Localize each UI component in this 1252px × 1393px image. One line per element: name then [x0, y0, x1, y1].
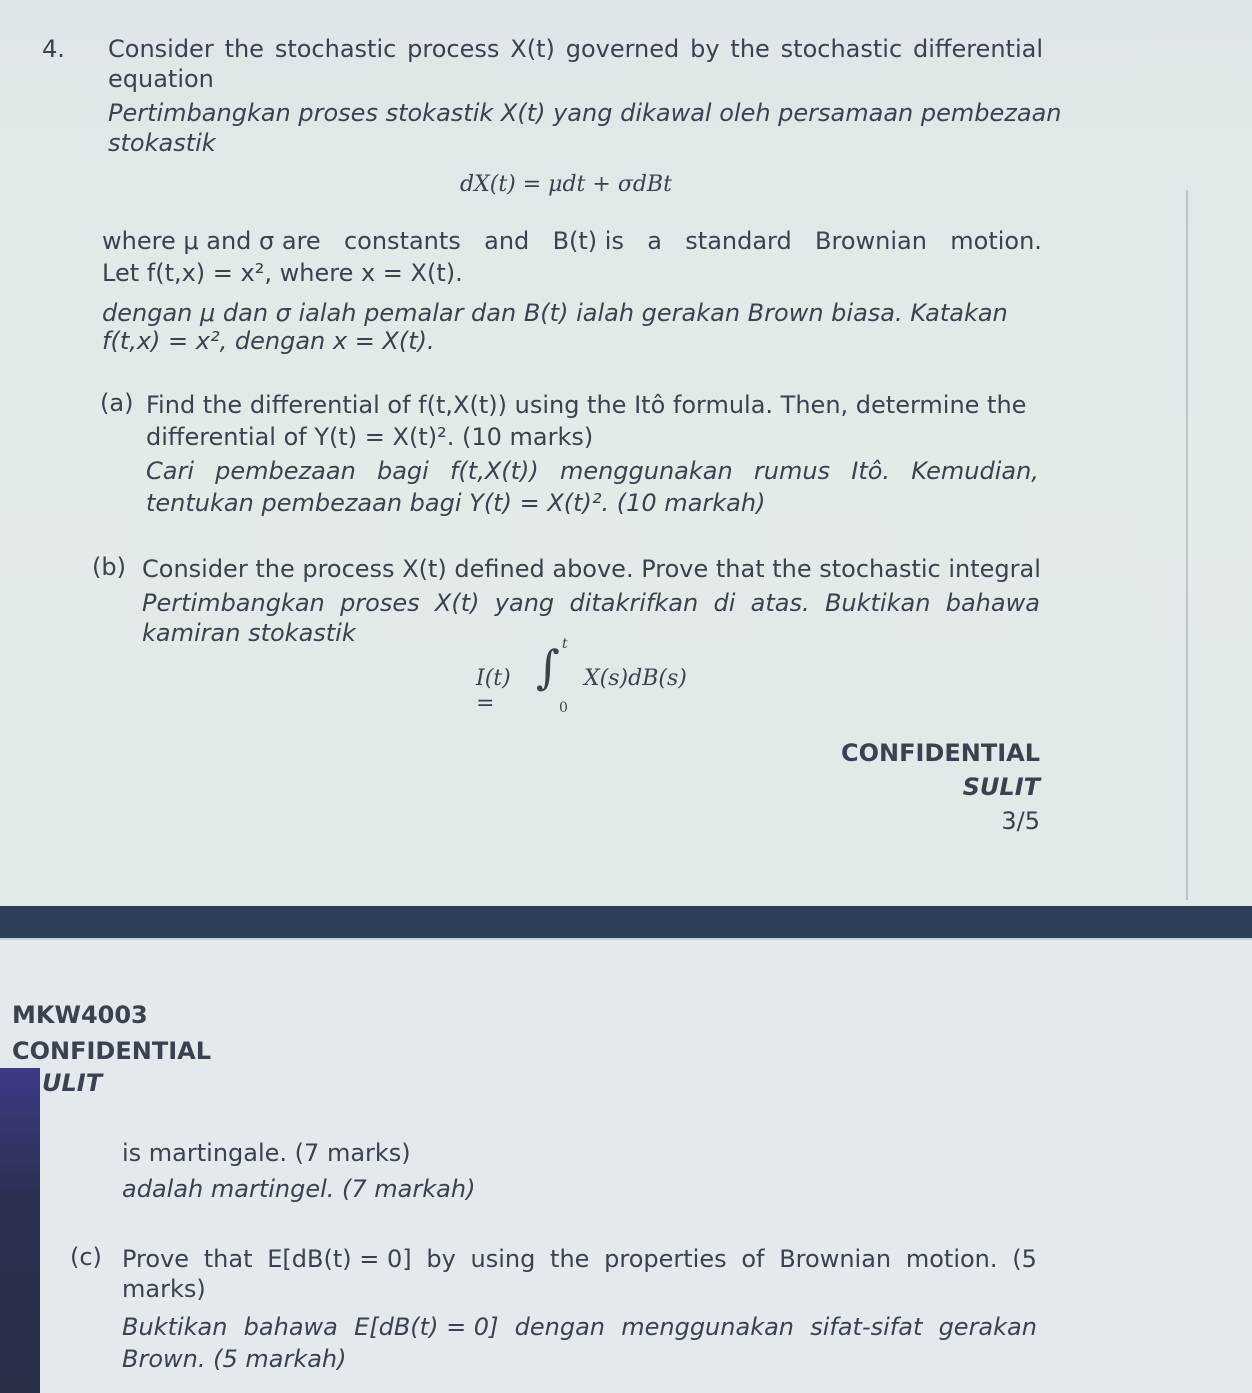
intro-en-line1: ConsiderthestochasticprocessX(t)governed… [108, 34, 1043, 64]
word: menggunakan [621, 1312, 794, 1342]
part-a-ms-line1: Caripembezaanbagif(t,X(t))menggunakanrum… [146, 456, 1039, 486]
word: bahawa [946, 588, 1040, 618]
page-divider-bar [0, 906, 1252, 940]
part-c-en-line1: ProvethatE[dB(t) = 0]byusingthepropertie… [122, 1244, 1037, 1274]
word: proses [340, 588, 420, 618]
word: a [647, 226, 662, 256]
word: stochastic [275, 34, 397, 64]
word: by [690, 34, 719, 64]
word: Prove [122, 1244, 189, 1274]
word: bagi [377, 456, 429, 486]
word: Buktikan [825, 588, 930, 618]
part-a-ms-line2: tentukan pembezaan bagi Y(t) = X(t)². (1… [146, 488, 765, 518]
integral-sign: ∫ [536, 640, 560, 694]
part-b-cont-en: is martingale. (7 marks) [122, 1138, 411, 1168]
word: standard [685, 226, 791, 256]
word: E[dB(t) = 0] [267, 1244, 411, 1274]
word: dengan [515, 1312, 605, 1342]
word: yang [495, 588, 554, 618]
header-sulit: ULIT [42, 1068, 102, 1098]
footer-confidential: CONFIDENTIAL [841, 738, 1040, 768]
window-left-edge [0, 1068, 40, 1393]
word: and [484, 226, 529, 256]
word: the [550, 1244, 589, 1274]
word: stochastic [781, 34, 903, 64]
word: motion. [950, 226, 1042, 256]
integral-lhs: I(t) = [476, 666, 511, 716]
part-b-ms-line1: PertimbangkanprosesX(t)yangditakrifkandi… [142, 588, 1040, 618]
integral-body: X(s)dB(s) [584, 666, 687, 691]
intro-ms-line2: stokastik [108, 128, 216, 158]
footer-sulit: SULIT [963, 772, 1040, 802]
word: the [225, 34, 264, 64]
word: of [741, 1244, 764, 1274]
sde-equation: dX(t) = μdt + σdBt [460, 170, 672, 200]
where-ms-line1: dengan μ dan σ ialah pemalar dan B(t) ia… [102, 298, 1008, 328]
course-code: MKW4003 [12, 1000, 148, 1030]
question-number: 4. [42, 34, 65, 64]
part-b-label: (b) [92, 552, 126, 582]
word: Buktikan [122, 1312, 227, 1342]
word: process [407, 34, 499, 64]
word: by [426, 1244, 455, 1274]
word: governed [566, 34, 680, 64]
word: ditakrifkan [569, 588, 698, 618]
footer-page-number: 3/5 [1001, 806, 1040, 836]
word: f(t,X(t)) [450, 456, 539, 486]
word: sifat-sifat [810, 1312, 922, 1342]
word: Brownian [815, 226, 927, 256]
intro-ms-line1: Pertimbangkan proses stokastik X(t) yang… [108, 98, 1062, 128]
part-c-ms-line1: BuktikanbahawaE[dB(t) = 0]denganmengguna… [122, 1312, 1037, 1342]
word: motion. [906, 1244, 998, 1274]
page-edge-line [1186, 190, 1188, 900]
word: Cari [146, 456, 194, 486]
word: di [713, 588, 735, 618]
word: Pertimbangkan [142, 588, 325, 618]
word: constants [344, 226, 461, 256]
word: Itô. [851, 456, 890, 486]
where-ms-line2: f(t,x) = x², dengan x = X(t). [102, 326, 435, 356]
word: rumus [754, 456, 830, 486]
integral-upper-limit: t [562, 636, 568, 652]
word: atas. [751, 588, 810, 618]
part-b-cont-ms: adalah martingel. (7 markah) [122, 1174, 475, 1204]
word: bahawa [244, 1312, 338, 1342]
integral-lower-limit: 0 [559, 700, 568, 716]
part-c-ms-line2: Brown. (5 markah) [122, 1344, 347, 1374]
part-a-en-line1: Find the differential of f(t,X(t)) using… [146, 390, 1026, 420]
word: using [470, 1244, 535, 1274]
word: properties [604, 1244, 726, 1274]
part-b-en-line1: Consider the process X(t) defined above.… [142, 554, 1041, 584]
word: the [730, 34, 769, 64]
part-c-label: (c) [70, 1242, 102, 1272]
word: X(t) [435, 588, 480, 618]
word: differential [913, 34, 1043, 64]
where-en-line1: where μ and σ areconstantsandB(t) isasta… [102, 226, 1042, 256]
word: that [204, 1244, 253, 1274]
word: Kemudian, [911, 456, 1039, 486]
part-b-ms-line2: kamiran stokastik [142, 618, 356, 648]
word: X(t) [510, 34, 555, 64]
word: B(t) is [553, 226, 624, 256]
word: E[dB(t) = 0] [354, 1312, 498, 1342]
word: pembezaan [215, 456, 356, 486]
part-c-en-line2: marks) [122, 1274, 206, 1304]
part-a-en-line2: differential of Y(t) = X(t)². (10 marks) [146, 422, 593, 452]
word: gerakan [939, 1312, 1037, 1342]
where-en-line2: Let f(t,x) = x², where x = X(t). [102, 258, 463, 288]
word: menggunakan [560, 456, 733, 486]
word: (5 [1012, 1244, 1037, 1274]
word: Brownian [779, 1244, 891, 1274]
word: where μ and σ are [102, 226, 321, 256]
intro-en-line2: equation [108, 64, 214, 94]
word: Consider [108, 34, 214, 64]
header-confidential: CONFIDENTIAL [12, 1036, 211, 1066]
part-a-label: (a) [100, 388, 133, 418]
